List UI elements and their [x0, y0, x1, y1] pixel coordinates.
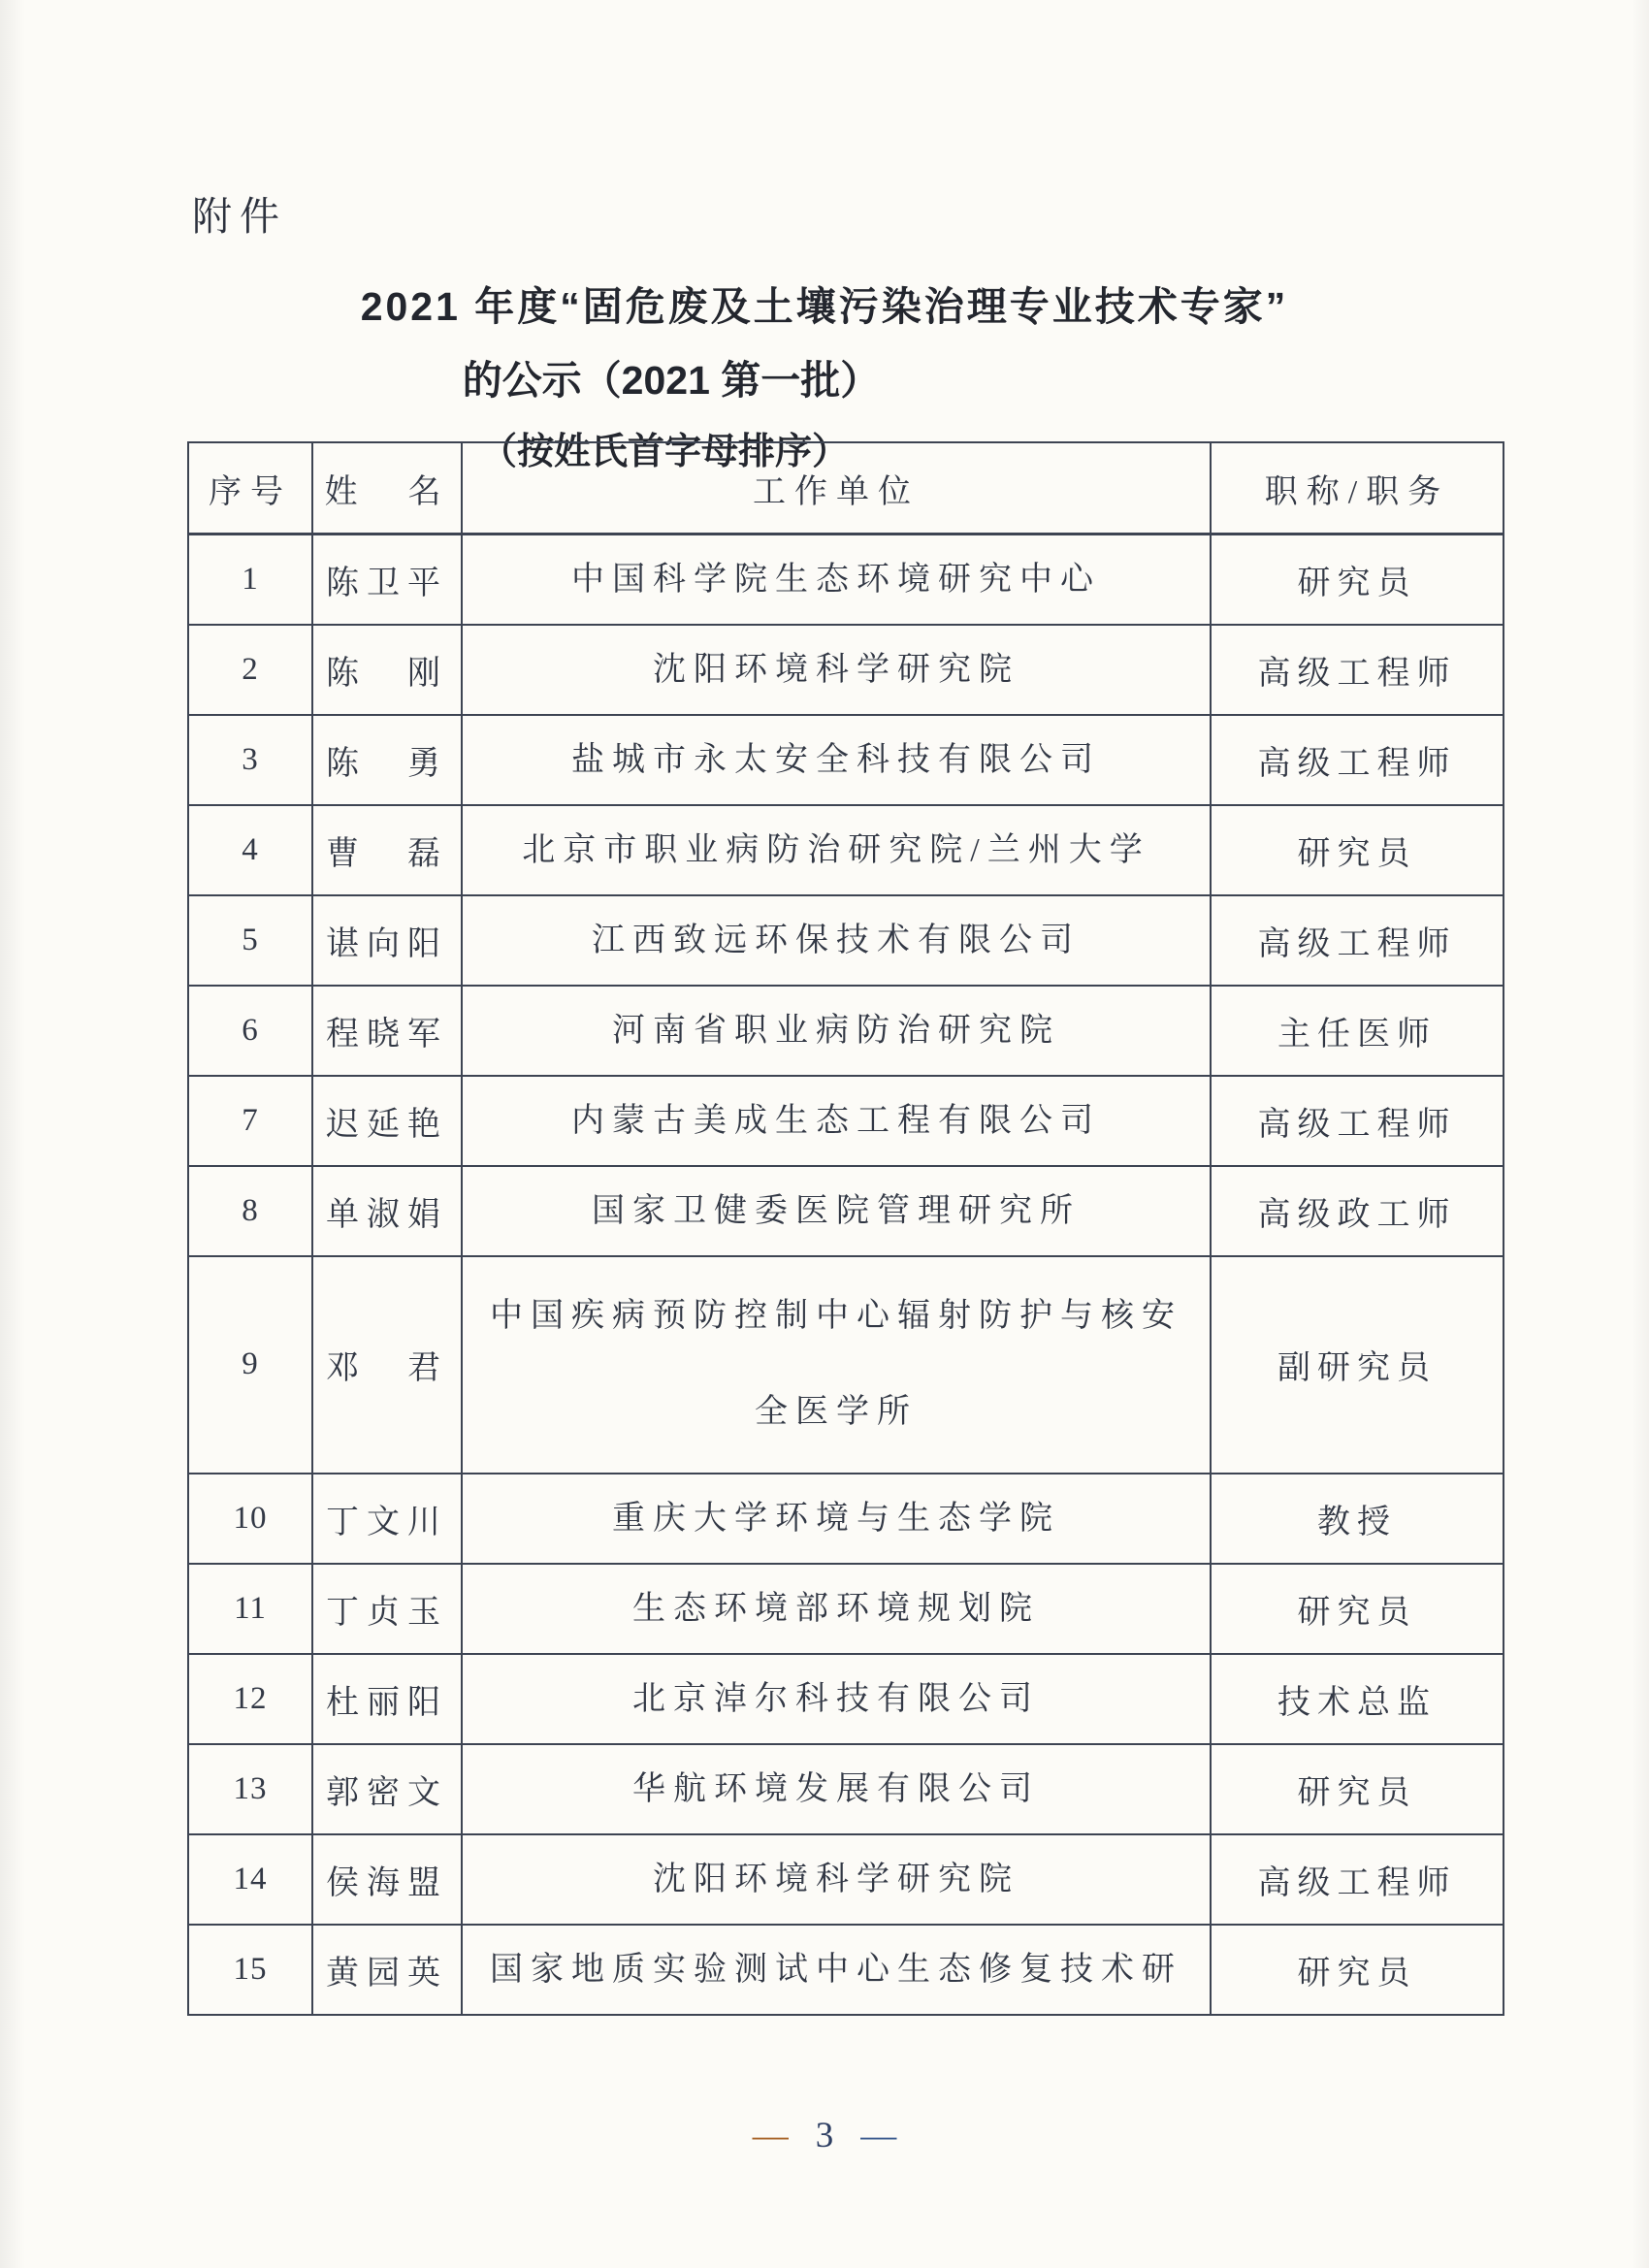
serial-number-cell: 10 — [188, 1474, 312, 1564]
title-cell: 研究员 — [1211, 1564, 1503, 1654]
table-row: 1 陈卫平 中国科学院生态环境研究中心 研究员 — [188, 535, 1503, 625]
serial-number-cell: 4 — [188, 805, 312, 895]
title-cell: 高级工程师 — [1211, 625, 1503, 715]
serial-number-cell: 7 — [188, 1076, 312, 1166]
table-row: 2 陈 刚 沈阳环境科学研究院 高级工程师 — [188, 625, 1503, 715]
table-row: 6 程晓军 河南省职业病防治研究院 主任医师 — [188, 986, 1503, 1076]
unit-cell: 生态环境部环境规划院 — [462, 1564, 1211, 1654]
unit-cell: 中国科学院生态环境研究中心 — [462, 535, 1211, 625]
unit-cell: 北京淖尔科技有限公司 — [462, 1654, 1211, 1744]
unit-cell: 河南省职业病防治研究院 — [462, 986, 1211, 1076]
title-cell: 副研究员 — [1211, 1256, 1503, 1474]
title-cell: 教授 — [1211, 1474, 1503, 1564]
serial-number-cell: 8 — [188, 1166, 312, 1256]
unit-cell: 中国疾病预防控制中心辐射防护与核安全医学所 — [462, 1256, 1211, 1474]
table-row: 14 侯海盟 沈阳环境科学研究院 高级工程师 — [188, 1834, 1503, 1925]
name-cell: 谌向阳 — [312, 895, 462, 986]
table-row: 12 杜丽阳 北京淖尔科技有限公司 技术总监 — [188, 1654, 1503, 1744]
name-cell: 侯海盟 — [312, 1834, 462, 1925]
name-cell: 陈卫平 — [312, 535, 462, 625]
serial-number-cell: 1 — [188, 535, 312, 625]
header-title-position: 职称/职务 — [1211, 442, 1503, 535]
header-row: 序号 姓 名 工作单位 职称/职务 — [188, 442, 1503, 535]
table-row: 10 丁文川 重庆大学环境与生态学院 教授 — [188, 1474, 1503, 1564]
serial-number-cell: 14 — [188, 1834, 312, 1925]
table-row: 15 黄园英 国家地质实验测试中心生态修复技术研 研究员 — [188, 1925, 1503, 2015]
name-cell: 黄园英 — [312, 1925, 462, 2015]
name-cell: 陈 勇 — [312, 715, 462, 805]
table-row: 13 郭密文 华航环境发展有限公司 研究员 — [188, 1744, 1503, 1834]
title-cell: 研究员 — [1211, 1925, 1503, 2015]
unit-cell: 盐城市永太安全科技有限公司 — [462, 715, 1211, 805]
name-cell: 邓 君 — [312, 1256, 462, 1474]
title-cell: 研究员 — [1211, 535, 1503, 625]
unit-cell: 江西致远环保技术有限公司 — [462, 895, 1211, 986]
page-number: —3— — [0, 2115, 1649, 2156]
unit-cell: 国家卫健委医院管理研究所 — [462, 1166, 1211, 1256]
title-cell: 高级工程师 — [1211, 1076, 1503, 1166]
unit-cell: 内蒙古美成生态工程有限公司 — [462, 1076, 1211, 1166]
title-cell: 技术总监 — [1211, 1654, 1503, 1744]
page-number-value: 3 — [816, 2116, 834, 2155]
unit-cell: 国家地质实验测试中心生态修复技术研 — [462, 1925, 1211, 2015]
table-row: 11 丁贞玉 生态环境部环境规划院 研究员 — [188, 1564, 1503, 1654]
table-row: 9 邓 君 中国疾病预防控制中心辐射防护与核安全医学所 副研究员 — [188, 1256, 1503, 1474]
name-cell: 丁贞玉 — [312, 1564, 462, 1654]
unit-cell: 沈阳环境科学研究院 — [462, 1834, 1211, 1925]
table-row: 7 迟延艳 内蒙古美成生态工程有限公司 高级工程师 — [188, 1076, 1503, 1166]
title-cell: 研究员 — [1211, 805, 1503, 895]
name-cell: 丁文川 — [312, 1474, 462, 1564]
title-cell: 高级工程师 — [1211, 715, 1503, 805]
serial-number-cell: 3 — [188, 715, 312, 805]
name-cell: 杜丽阳 — [312, 1654, 462, 1744]
serial-number-cell: 6 — [188, 986, 312, 1076]
page-number-dash-right: — — [860, 2116, 896, 2155]
serial-number-cell: 5 — [188, 895, 312, 986]
table-row: 8 单淑娟 国家卫健委医院管理研究所 高级政工师 — [188, 1166, 1503, 1256]
header-serial-number: 序号 — [188, 442, 312, 535]
table-row: 3 陈 勇 盐城市永太安全科技有限公司 高级工程师 — [188, 715, 1503, 805]
name-cell: 程晓军 — [312, 986, 462, 1076]
name-cell: 单淑娟 — [312, 1166, 462, 1256]
title-cell: 高级工程师 — [1211, 1834, 1503, 1925]
unit-cell: 重庆大学环境与生态学院 — [462, 1474, 1211, 1564]
document-title-line2: 的公示（2021 第一批） — [0, 348, 1496, 405]
serial-number-cell: 11 — [188, 1564, 312, 1654]
document-title-line1: 2021 年度“固危废及土壤污染治理专业技术专家” — [0, 275, 1649, 332]
title-cell: 高级工程师 — [1211, 895, 1503, 986]
title-cell: 研究员 — [1211, 1744, 1503, 1834]
table-row: 5 谌向阳 江西致远环保技术有限公司 高级工程师 — [188, 895, 1503, 986]
unit-cell: 北京市职业病防治研究院/兰州大学 — [462, 805, 1211, 895]
header-name: 姓 名 — [312, 442, 462, 535]
attachment-label: 附件 — [192, 184, 287, 242]
header-work-unit: 工作单位 — [462, 442, 1211, 535]
unit-cell: 沈阳环境科学研究院 — [462, 625, 1211, 715]
experts-table-body: 1 陈卫平 中国科学院生态环境研究中心 研究员 2 陈 刚 沈阳环境科学研究院 … — [188, 535, 1503, 2015]
name-cell: 陈 刚 — [312, 625, 462, 715]
page-number-dash-left: — — [753, 2116, 789, 2155]
title-cell: 主任医师 — [1211, 986, 1503, 1076]
unit-cell: 华航环境发展有限公司 — [462, 1744, 1211, 1834]
table-row: 4 曹 磊 北京市职业病防治研究院/兰州大学 研究员 — [188, 805, 1503, 895]
serial-number-cell: 2 — [188, 625, 312, 715]
serial-number-cell: 12 — [188, 1654, 312, 1744]
title-cell: 高级政工师 — [1211, 1166, 1503, 1256]
serial-number-cell: 13 — [188, 1744, 312, 1834]
experts-table-header: 序号 姓 名 工作单位 职称/职务 — [188, 442, 1503, 535]
name-cell: 曹 磊 — [312, 805, 462, 895]
serial-number-cell: 9 — [188, 1256, 312, 1474]
experts-table: 序号 姓 名 工作单位 职称/职务 1 陈卫平 中国科学院生态环境研究中心 研究… — [187, 441, 1504, 2016]
serial-number-cell: 15 — [188, 1925, 312, 2015]
name-cell: 郭密文 — [312, 1744, 462, 1834]
name-cell: 迟延艳 — [312, 1076, 462, 1166]
